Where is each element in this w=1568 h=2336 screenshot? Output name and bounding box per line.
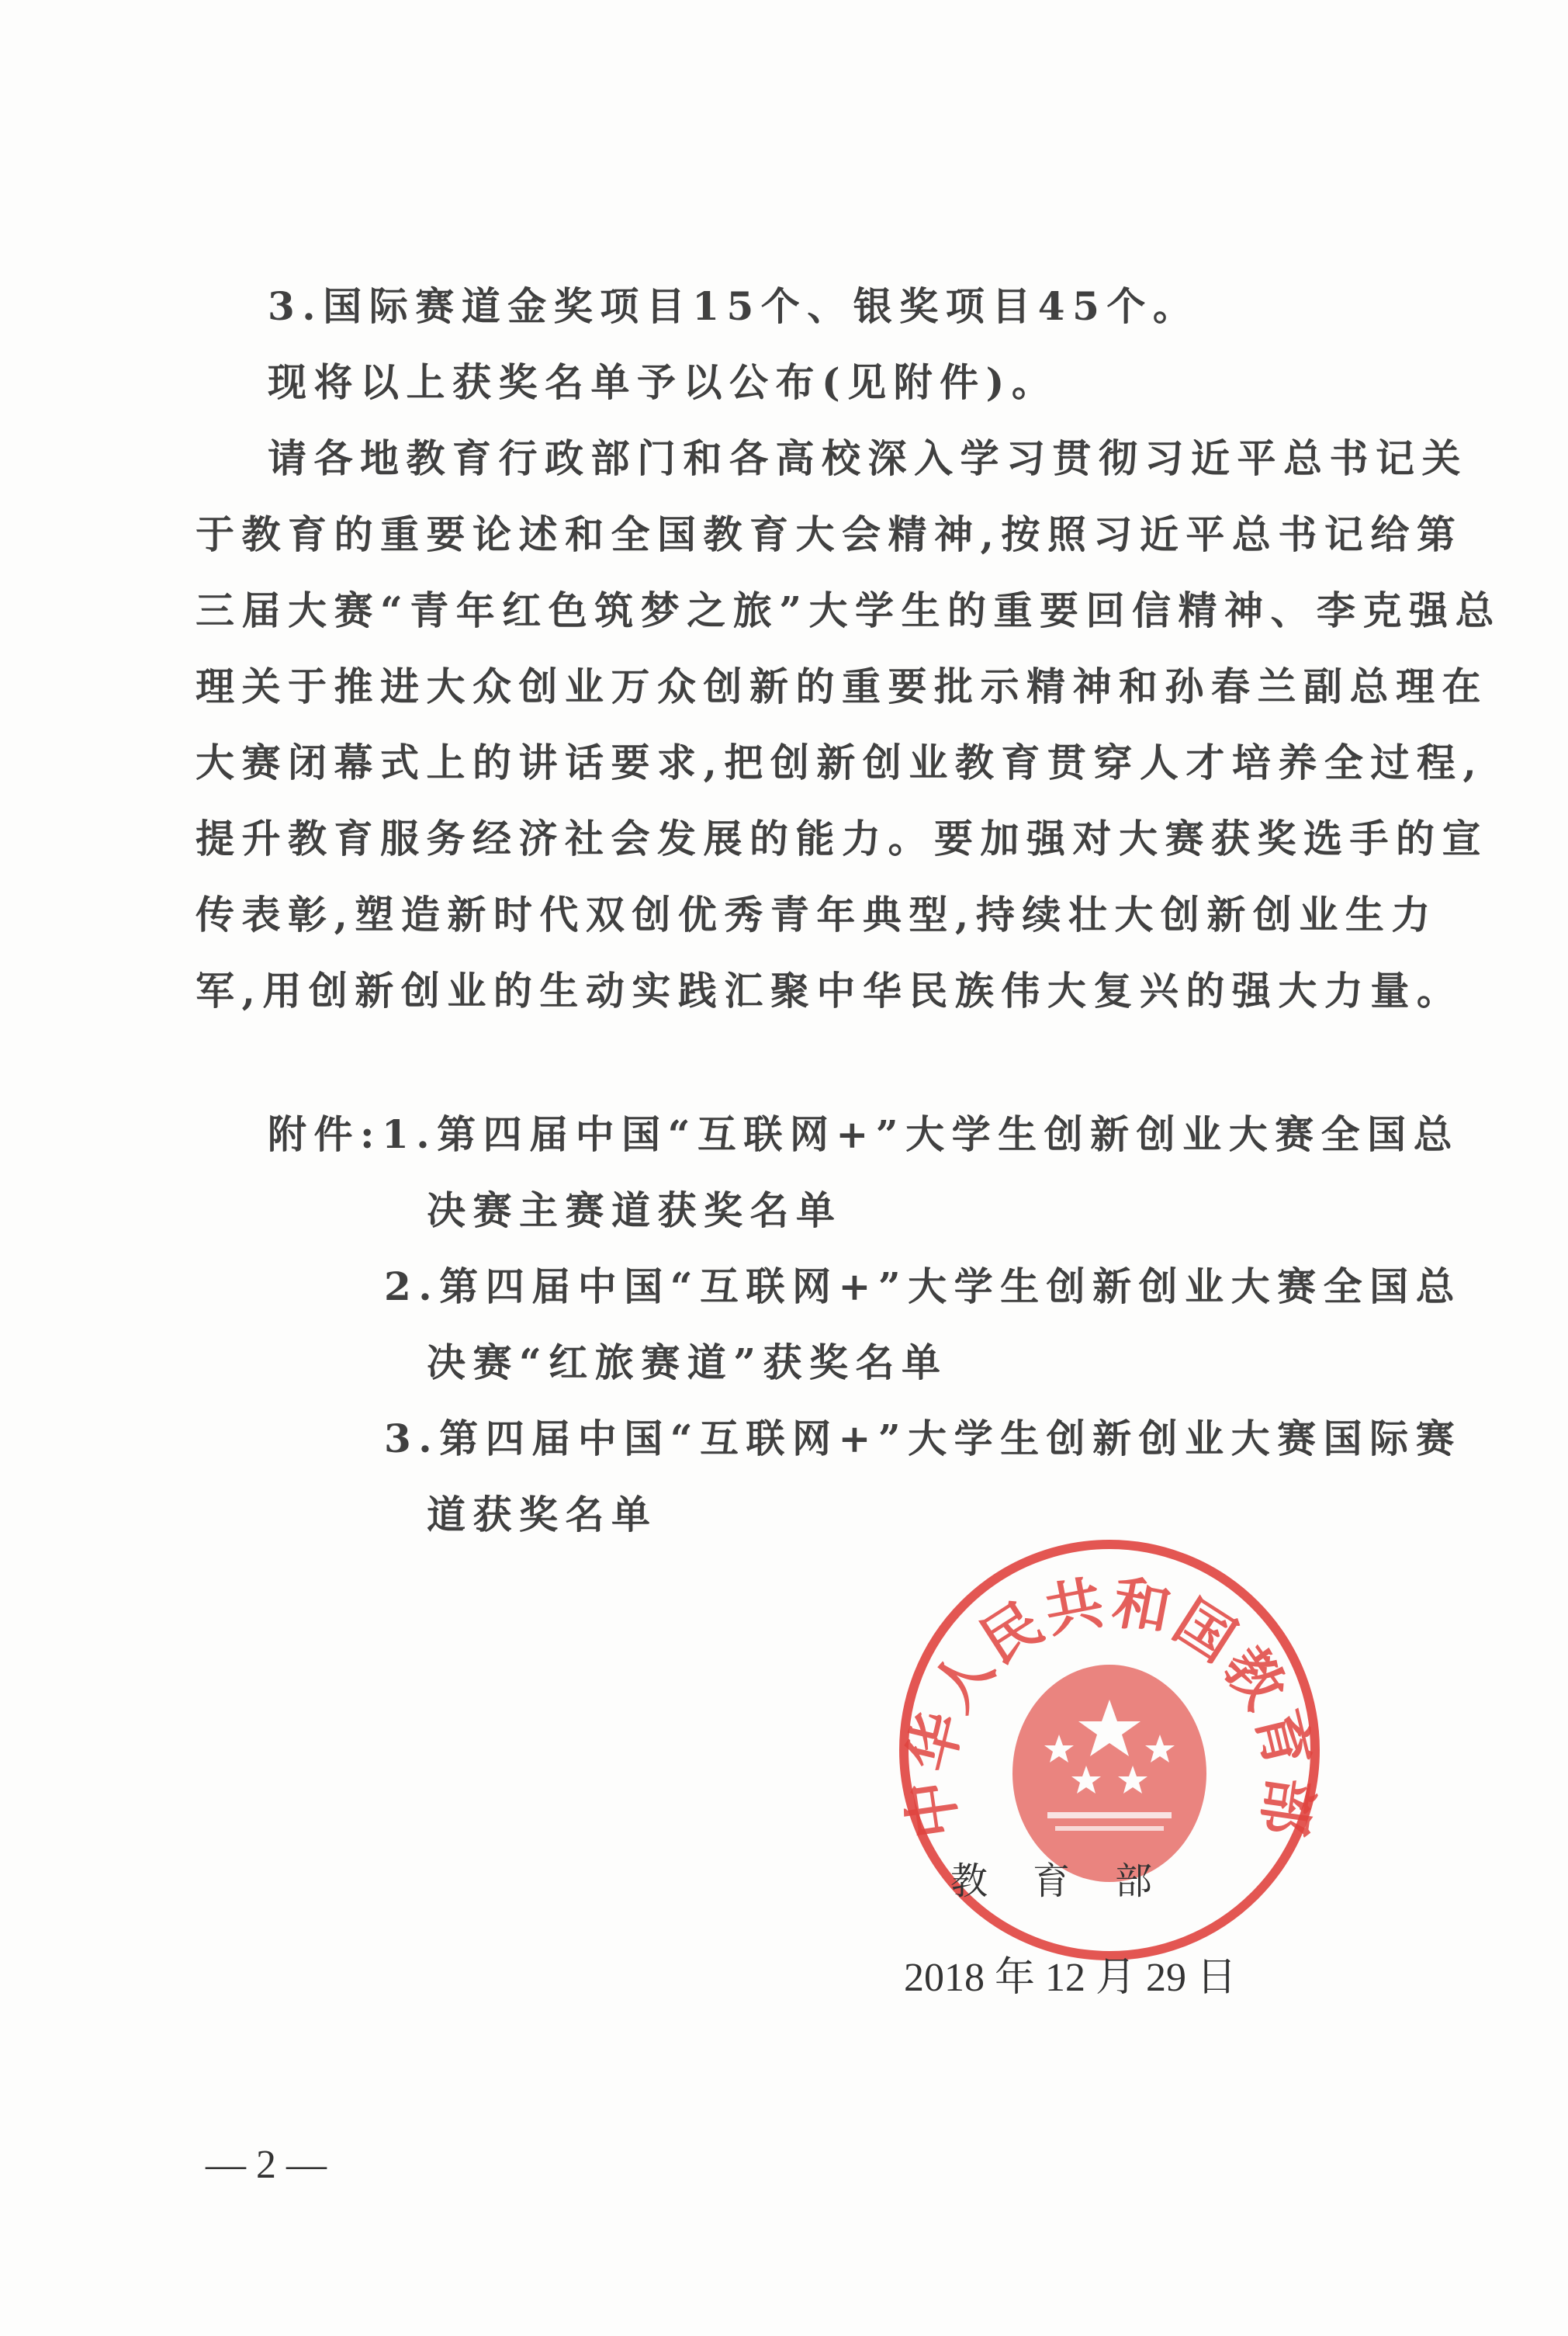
body-line: 3.国际赛道金奖项目15个、银奖项目45个。 [268, 283, 1199, 330]
attachment-item-continued: 决赛“红旅赛道”获奖名单 [427, 1340, 948, 1386]
body-line: 理关于推进大众创业万众创新的重要批示精神和孙春兰副总理在 [196, 664, 1488, 710]
page-number: — 2 — [206, 2142, 327, 2188]
attachment-item-continued: 决赛主赛道获奖名单 [427, 1187, 843, 1234]
body-line: 大赛闭幕式上的讲话要求,把创新创业教育贯穿人才培养全过程, [196, 740, 1483, 786]
issuer-name: 教育部 [950, 1851, 1197, 1904]
body-line: 现将以上获奖名单予以公布(见附件)。 [268, 359, 1057, 406]
attachment-item: 附件:1.第四届中国“互联网+”大学生创新创业大赛全国总 [268, 1111, 1459, 1158]
body-line: 传表彰,塑造新时代双创优秀青年典型,持续壮大创新创业生力 [196, 892, 1438, 938]
issue-date: 2018 年 12 月 29 日 [904, 1944, 1237, 2002]
attachment-item: 2.第四届中国“互联网+”大学生创新创业大赛全国总 [384, 1263, 1462, 1310]
body-line: 请各地教育行政部门和各高校深入学习贯彻习近平总书记关 [268, 435, 1468, 482]
body-line: 三届大赛“青年红色筑梦之旅”大学生的重要回信精神、李克强总 [196, 587, 1501, 634]
body-line: 军,用创新创业的生动实践汇聚中华民族伟大复兴的强大力量。 [196, 968, 1462, 1014]
attachment-item: 3.第四届中国“互联网+”大学生创新创业大赛国际赛 [384, 1416, 1462, 1462]
attachment-item-continued: 道获奖名单 [427, 1492, 658, 1538]
body-line: 于教育的重要论述和全国教育大会精神,按照习近平总书记给第 [196, 511, 1462, 558]
body-line: 提升教育服务经济社会发展的能力。要加强对大赛获奖选手的宣 [196, 816, 1488, 862]
